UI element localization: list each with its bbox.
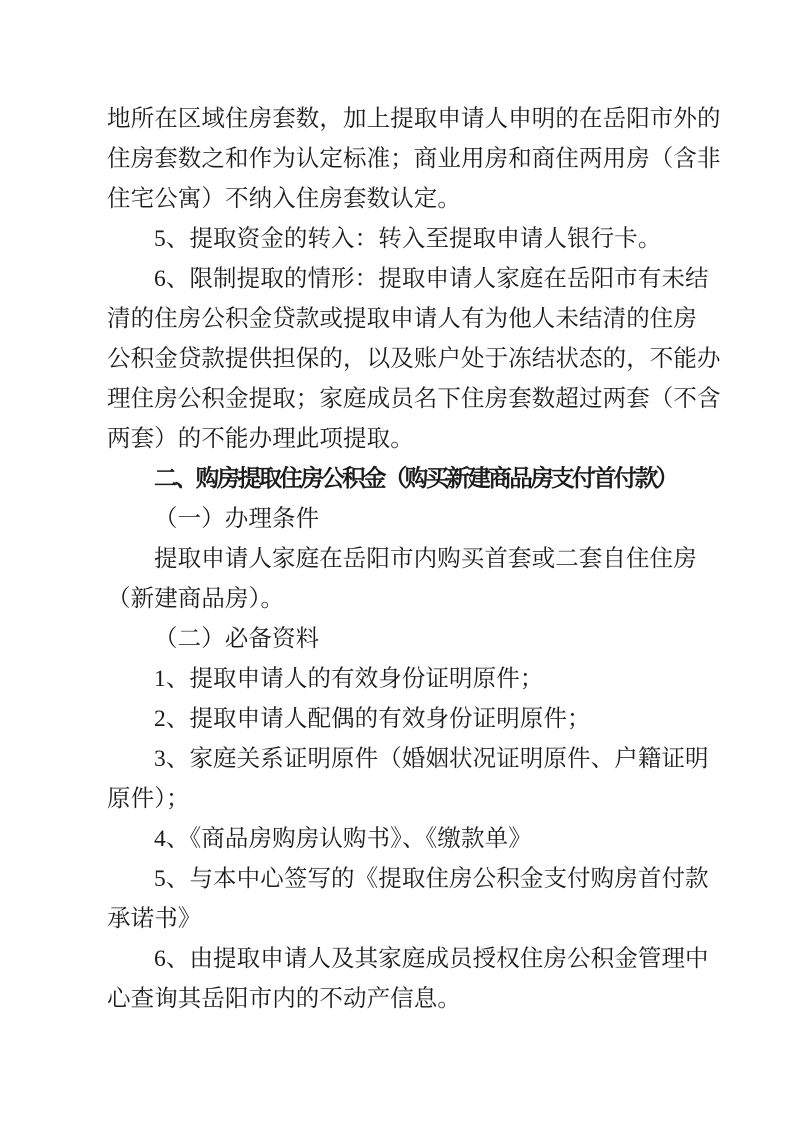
text-line: 1、提取申请人的有效身份证明原件； — [107, 659, 701, 699]
section-heading-text: 二、购房提取住房公积金（购买新建商品房支付首付款） — [107, 459, 701, 499]
section-heading: 二、购房提取住房公积金（购买新建商品房支付首付款） — [107, 459, 701, 499]
text-line: 住宅公寓）不纳入住房套数认定。 — [107, 179, 701, 219]
paragraph: 6、限制提取的情形：提取申请人家庭在岳阳市有未结 清的住房公积金贷款或提取申请人… — [107, 259, 701, 459]
paragraph: 3、家庭关系证明原件（婚姻状况证明原件、户籍证明 原件）； — [107, 739, 701, 819]
document-text-block: 地所在区域住房套数，加上提取申请人申明的在岳阳市外的 住房套数之和作为认定标准；… — [107, 99, 701, 1019]
text-line: 5、与本中心签写的《提取住房公积金支付购房首付款 — [107, 859, 701, 899]
text-line: 公积金贷款提供担保的，以及账户处于冻结状态的，不能办 — [107, 339, 701, 379]
paragraph: 地所在区域住房套数，加上提取申请人申明的在岳阳市外的 住房套数之和作为认定标准；… — [107, 99, 701, 219]
text-line: 住房套数之和作为认定标准；商业用房和商住两用房（含非 — [107, 139, 701, 179]
subsection-heading-text: （一）办理条件 — [107, 499, 701, 539]
text-line: 原件）； — [107, 779, 701, 819]
subsection-heading: （一）办理条件 — [107, 499, 701, 539]
text-line: 6、限制提取的情形：提取申请人家庭在岳阳市有未结 — [107, 259, 701, 299]
text-line: 提取申请人家庭在岳阳市内购买首套或二套自住住房 — [107, 539, 701, 579]
paragraph: 1、提取申请人的有效身份证明原件； — [107, 659, 701, 699]
subsection-heading-text: （二）必备资料 — [107, 619, 701, 659]
text-line: 清的住房公积金贷款或提取申请人有为他人未结清的住房 — [107, 299, 701, 339]
text-line: 3、家庭关系证明原件（婚姻状况证明原件、户籍证明 — [107, 739, 701, 779]
text-line: 4、《商品房购房认购书》、《缴款单》 — [107, 819, 701, 859]
paragraph: 6、由提取申请人及其家庭成员授权住房公积金管理中 心查询其岳阳市内的不动产信息。 — [107, 939, 701, 1019]
text-line: 承诺书》 — [107, 899, 701, 939]
paragraph: 5、与本中心签写的《提取住房公积金支付购房首付款 承诺书》 — [107, 859, 701, 939]
text-line: 2、提取申请人配偶的有效身份证明原件； — [107, 699, 701, 739]
paragraph: 5、提取资金的转入：转入至提取申请人银行卡。 — [107, 219, 701, 259]
text-line: 地所在区域住房套数，加上提取申请人申明的在岳阳市外的 — [107, 99, 701, 139]
paragraph: 2、提取申请人配偶的有效身份证明原件； — [107, 699, 701, 739]
document-page: 地所在区域住房套数，加上提取申请人申明的在岳阳市外的 住房套数之和作为认定标准；… — [0, 0, 794, 1122]
subsection-heading: （二）必备资料 — [107, 619, 701, 659]
text-line: 理住房公积金提取；家庭成员名下住房套数超过两套（不含 — [107, 379, 701, 419]
text-line: 心查询其岳阳市内的不动产信息。 — [107, 979, 701, 1019]
text-line: （新建商品房）。 — [107, 579, 701, 619]
paragraph: 提取申请人家庭在岳阳市内购买首套或二套自住住房 （新建商品房）。 — [107, 539, 701, 619]
text-line: 5、提取资金的转入：转入至提取申请人银行卡。 — [107, 219, 701, 259]
text-line: 6、由提取申请人及其家庭成员授权住房公积金管理中 — [107, 939, 701, 979]
text-line: 两套）的不能办理此项提取。 — [107, 419, 701, 459]
paragraph: 4、《商品房购房认购书》、《缴款单》 — [107, 819, 701, 859]
